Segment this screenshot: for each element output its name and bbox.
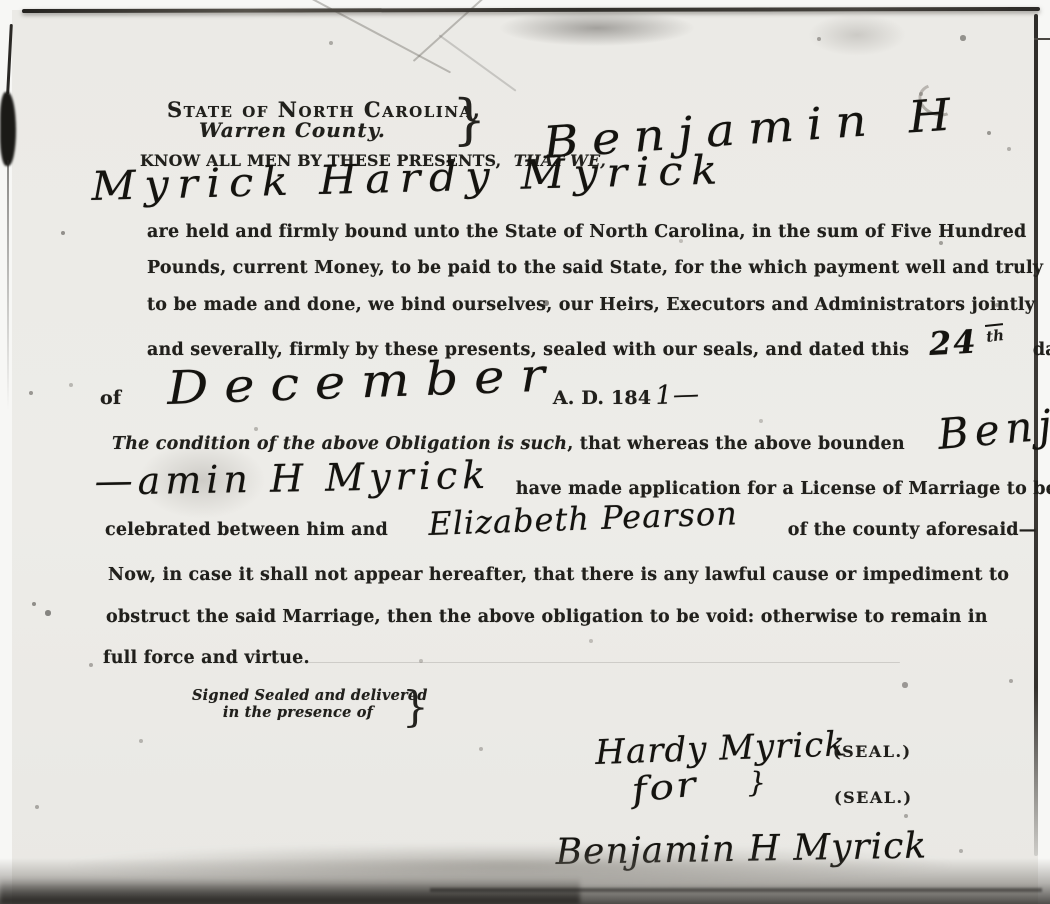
- obligation-line-3: to be made and done, we bind ourselves, …: [147, 295, 1035, 315]
- condition-line-1: The condition of the above Obligation is…: [112, 410, 1050, 459]
- condition-line-2-printed: have made application for a License of M…: [516, 479, 1050, 499]
- obligation-line-4-end: day: [1033, 340, 1050, 360]
- handwritten-groom-part2: amin H Myrick: [137, 453, 490, 503]
- header-brace: }: [452, 88, 486, 151]
- obligation-line-2: Pounds, current Money, to be paid to the…: [147, 258, 1043, 278]
- condition-lead-italic: The condition of the above Obligation is…: [112, 434, 567, 454]
- condition-lead-rest: , that whereas the above bounden: [567, 434, 905, 454]
- continuation-dash: —: [94, 458, 138, 503]
- paper-speckles: [0, 0, 2, 2]
- county-heading: Warren County.: [199, 118, 386, 142]
- obligation-line-5: of December A. D. 184 1—: [100, 361, 701, 415]
- handwritten-day-ordinal: th: [985, 323, 1005, 346]
- seal-label-bottom: (SEAL.): [834, 788, 913, 807]
- condition-line-3-end: of the county aforesaid—: [788, 520, 1037, 540]
- handwritten-groom-part1: Benj: [936, 400, 1050, 459]
- attestation-line-1: Signed Sealed and delivered: [192, 688, 404, 705]
- attestation-block: Signed Sealed and delivered in the prese…: [192, 688, 404, 721]
- year-printed: A. D. 184: [553, 387, 651, 409]
- seal-label-top: (SEAL.): [833, 742, 912, 761]
- condition-line-6: full force and virtue.: [103, 648, 310, 668]
- of-word: of: [100, 387, 121, 409]
- obligation-line-1: are held and firmly bound unto the State…: [147, 222, 1026, 242]
- condition-line-4: Now, in case it shall not appear hereaft…: [108, 565, 1009, 585]
- signature-flourish: }: [748, 766, 766, 799]
- handwritten-year: 1—: [655, 379, 701, 411]
- condition-line-3: celebrated between him and Elizabeth Pea…: [105, 505, 1036, 543]
- scratch-mark: [300, 662, 900, 663]
- marriage-bond-scan: State of North Carolina, Warren County. …: [0, 0, 1050, 904]
- condition-line-5: obstruct the said Marriage, then the abo…: [106, 607, 988, 627]
- attestation-line-2: in the presence of: [192, 705, 404, 722]
- condition-line-2: —amin H Myrick have made application for…: [95, 459, 1050, 503]
- attestation-brace: }: [402, 682, 429, 731]
- scan-tick-mark: [1034, 38, 1050, 40]
- paper-edge-left-blob: [0, 92, 16, 166]
- handwritten-for: for: [630, 764, 700, 811]
- handwritten-day: 24: [928, 323, 978, 363]
- condition-line-3-start: celebrated between him and: [105, 520, 388, 540]
- scan-bottom-blotch: [0, 878, 580, 904]
- paper-edge-left-faint: [7, 160, 9, 410]
